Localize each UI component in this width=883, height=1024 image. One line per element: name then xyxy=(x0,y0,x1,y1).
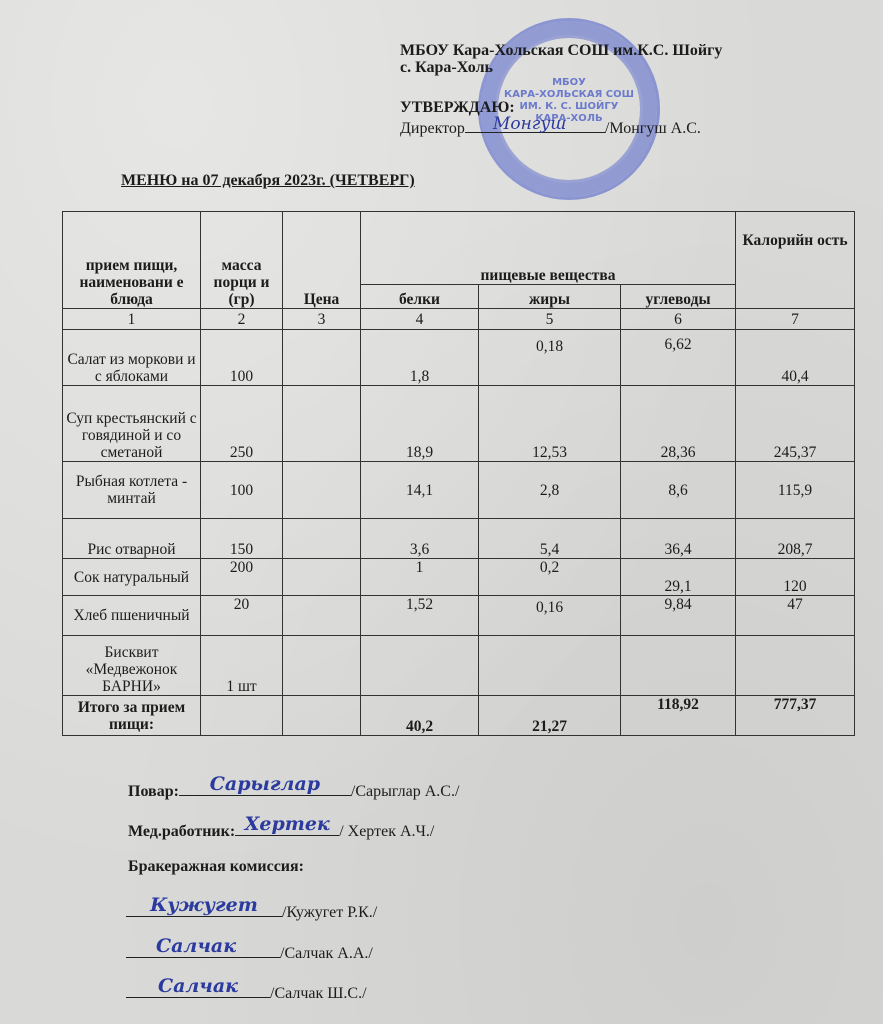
commission-name: /Салчак А.А./ xyxy=(280,945,373,962)
col-number: 1 xyxy=(63,309,201,330)
header-price: Цена xyxy=(283,212,361,309)
dish-carbs: 29,1 xyxy=(621,559,736,596)
total-row: Итого за прием пищи: 40,2 21,27 118,92 7… xyxy=(63,696,855,736)
total-mass xyxy=(201,696,283,736)
org-name: МБОУ Кара-Хольская СОШ им.К.С. Шойгу xyxy=(400,42,722,59)
director-line: ДиректорМонгуш/Монгуш А.С. xyxy=(400,118,701,138)
dish-fat: 0,18 xyxy=(479,330,621,386)
table-row: Бисквит «Медвежонок БАРНИ» 1 шт xyxy=(63,636,855,696)
dish-price xyxy=(283,519,361,559)
commission-signature-field: Салчак xyxy=(126,939,280,958)
dish-price xyxy=(283,559,361,596)
dish-carbs: 36,4 xyxy=(621,519,736,559)
commission-signature-field: Кужугет xyxy=(126,898,282,917)
dish-name: Суп крестьянский с говядиной и со сметан… xyxy=(63,386,201,462)
dish-carbs: 28,36 xyxy=(621,386,736,462)
header-nutrients: пищевые вещества xyxy=(361,212,736,285)
dish-mass: 150 xyxy=(201,519,283,559)
total-label: Итого за прием пищи: xyxy=(63,696,201,736)
dish-mass: 250 xyxy=(201,386,283,462)
cook-name: /Сарыглар А.С./ xyxy=(351,783,459,800)
col-number: 6 xyxy=(621,309,736,330)
header-fat: жиры xyxy=(479,285,621,309)
table-row: Рис отварной 150 3,6 5,4 36,4 208,7 xyxy=(63,519,855,559)
director-signature-line: Монгуш xyxy=(465,118,605,133)
medic-label: Мед.работник: xyxy=(128,823,235,840)
col-number: 7 xyxy=(736,309,855,330)
dish-name: Хлеб пшеничный xyxy=(63,596,201,636)
dish-name: Сок натуральный xyxy=(63,559,201,596)
dish-name: Салат из моркови и с яблоками xyxy=(63,330,201,386)
col-number: 4 xyxy=(361,309,479,330)
dish-protein xyxy=(361,636,479,696)
total-protein: 40,2 xyxy=(361,696,479,736)
total-fat: 21,27 xyxy=(479,696,621,736)
dish-fat xyxy=(479,636,621,696)
dish-name: Бисквит «Медвежонок БАРНИ» xyxy=(63,636,201,696)
dish-protein: 1 xyxy=(361,559,479,596)
dish-mass: 1 шт xyxy=(201,636,283,696)
cook-label: Повар: xyxy=(128,783,179,800)
medic-signature-field: Хертек xyxy=(235,817,339,836)
commission-signature: Салчак xyxy=(126,975,270,997)
commission-signature-field: Салчак xyxy=(126,979,270,998)
dish-carbs: 9,84 xyxy=(621,596,736,636)
header-protein: белки xyxy=(361,285,479,309)
dish-fat: 12,53 xyxy=(479,386,621,462)
column-numbers-row: 1 2 3 4 5 6 7 xyxy=(63,309,855,330)
dish-protein: 1,8 xyxy=(361,330,479,386)
table-row: Хлеб пшеничный 20 1,52 0,16 9,84 47 xyxy=(63,596,855,636)
dish-calories xyxy=(736,636,855,696)
cook-signature: Сарыглар xyxy=(179,773,351,795)
table-row: Салат из моркови и с яблоками 100 1,8 0,… xyxy=(63,330,855,386)
total-price xyxy=(283,696,361,736)
dish-name: Рис отварной xyxy=(63,519,201,559)
table-row: Суп крестьянский с говядиной и со сметан… xyxy=(63,386,855,462)
dish-protein: 18,9 xyxy=(361,386,479,462)
director-name: /Монгуш А.С. xyxy=(605,120,701,137)
dish-fat: 0,2 xyxy=(479,559,621,596)
commission-name: /Кужугет Р.К./ xyxy=(282,904,377,921)
medic-signature: Хертек xyxy=(235,813,339,835)
dish-carbs xyxy=(621,636,736,696)
commission-member-1: Кужугет/Кужугет Р.К./ xyxy=(126,898,377,922)
dish-calories: 245,37 xyxy=(736,386,855,462)
dish-carbs: 6,62 xyxy=(621,330,736,386)
dish-calories: 47 xyxy=(736,596,855,636)
director-signature: Монгуш xyxy=(493,114,566,134)
medic-name: / Хертек А.Ч./ xyxy=(339,823,434,840)
dish-protein: 3,6 xyxy=(361,519,479,559)
cook-signature-field: Сарыглар xyxy=(179,777,351,796)
commission-signature: Кужугет xyxy=(126,894,282,916)
org-location: с. Кара-Холь xyxy=(400,59,722,76)
table-row: Сок натуральный 200 1 0,2 29,1 120 xyxy=(63,559,855,596)
dish-calories: 115,9 xyxy=(736,462,855,519)
dish-price xyxy=(283,596,361,636)
dish-mass: 100 xyxy=(201,330,283,386)
dish-fat: 5,4 xyxy=(479,519,621,559)
menu-table: прием пищи, наименовани е блюда масса по… xyxy=(62,211,855,736)
col-number: 3 xyxy=(283,309,361,330)
stamp-line: МБОУ xyxy=(481,77,657,89)
table-row: Рыбная котлета - минтай 100 14,1 2,8 8,6… xyxy=(63,462,855,519)
dish-carbs: 8,6 xyxy=(621,462,736,519)
dish-fat: 2,8 xyxy=(479,462,621,519)
dish-price xyxy=(283,386,361,462)
header-mass: масса порци и (гр) xyxy=(201,212,283,309)
total-calories: 777,37 xyxy=(736,696,855,736)
dish-mass: 100 xyxy=(201,462,283,519)
col-number: 5 xyxy=(479,309,621,330)
organization-header: МБОУ Кара-Хольская СОШ им.К.С. Шойгу с. … xyxy=(400,42,722,76)
director-label: Директор xyxy=(400,120,465,137)
medic-signature-line: Мед.работник:Хертек/ Хертек А.Ч./ xyxy=(128,817,434,841)
commission-signature: Салчак xyxy=(156,935,280,957)
col-number: 2 xyxy=(201,309,283,330)
header-dish: прием пищи, наименовани е блюда xyxy=(63,212,201,309)
dish-protein: 1,52 xyxy=(361,596,479,636)
commission-member-2: Салчак/Салчак А.А./ xyxy=(126,939,373,963)
dish-calories: 208,7 xyxy=(736,519,855,559)
total-carbs: 118,92 xyxy=(621,696,736,736)
dish-fat: 0,16 xyxy=(479,596,621,636)
commission-label: Бракеражная комиссия: xyxy=(128,858,304,876)
dish-price xyxy=(283,330,361,386)
dish-protein: 14,1 xyxy=(361,462,479,519)
dish-price xyxy=(283,636,361,696)
header-carbs: углеводы xyxy=(621,285,736,309)
dish-calories: 40,4 xyxy=(736,330,855,386)
dish-mass: 20 xyxy=(201,596,283,636)
header-calories: Калорийн ость xyxy=(736,212,855,309)
cook-signature-line: Повар:Сарыглар/Сарыглар А.С./ xyxy=(128,777,459,801)
commission-member-3: Салчак/Салчак Ш.С./ xyxy=(126,979,367,1003)
page-title: МЕНЮ на 07 декабря 2023г. (ЧЕТВЕРГ) xyxy=(121,172,415,190)
dish-mass: 200 xyxy=(201,559,283,596)
commission-name: /Салчак Ш.С./ xyxy=(270,985,367,1002)
dish-price xyxy=(283,462,361,519)
dish-calories: 120 xyxy=(736,559,855,596)
dish-name: Рыбная котлета - минтай xyxy=(63,462,201,519)
